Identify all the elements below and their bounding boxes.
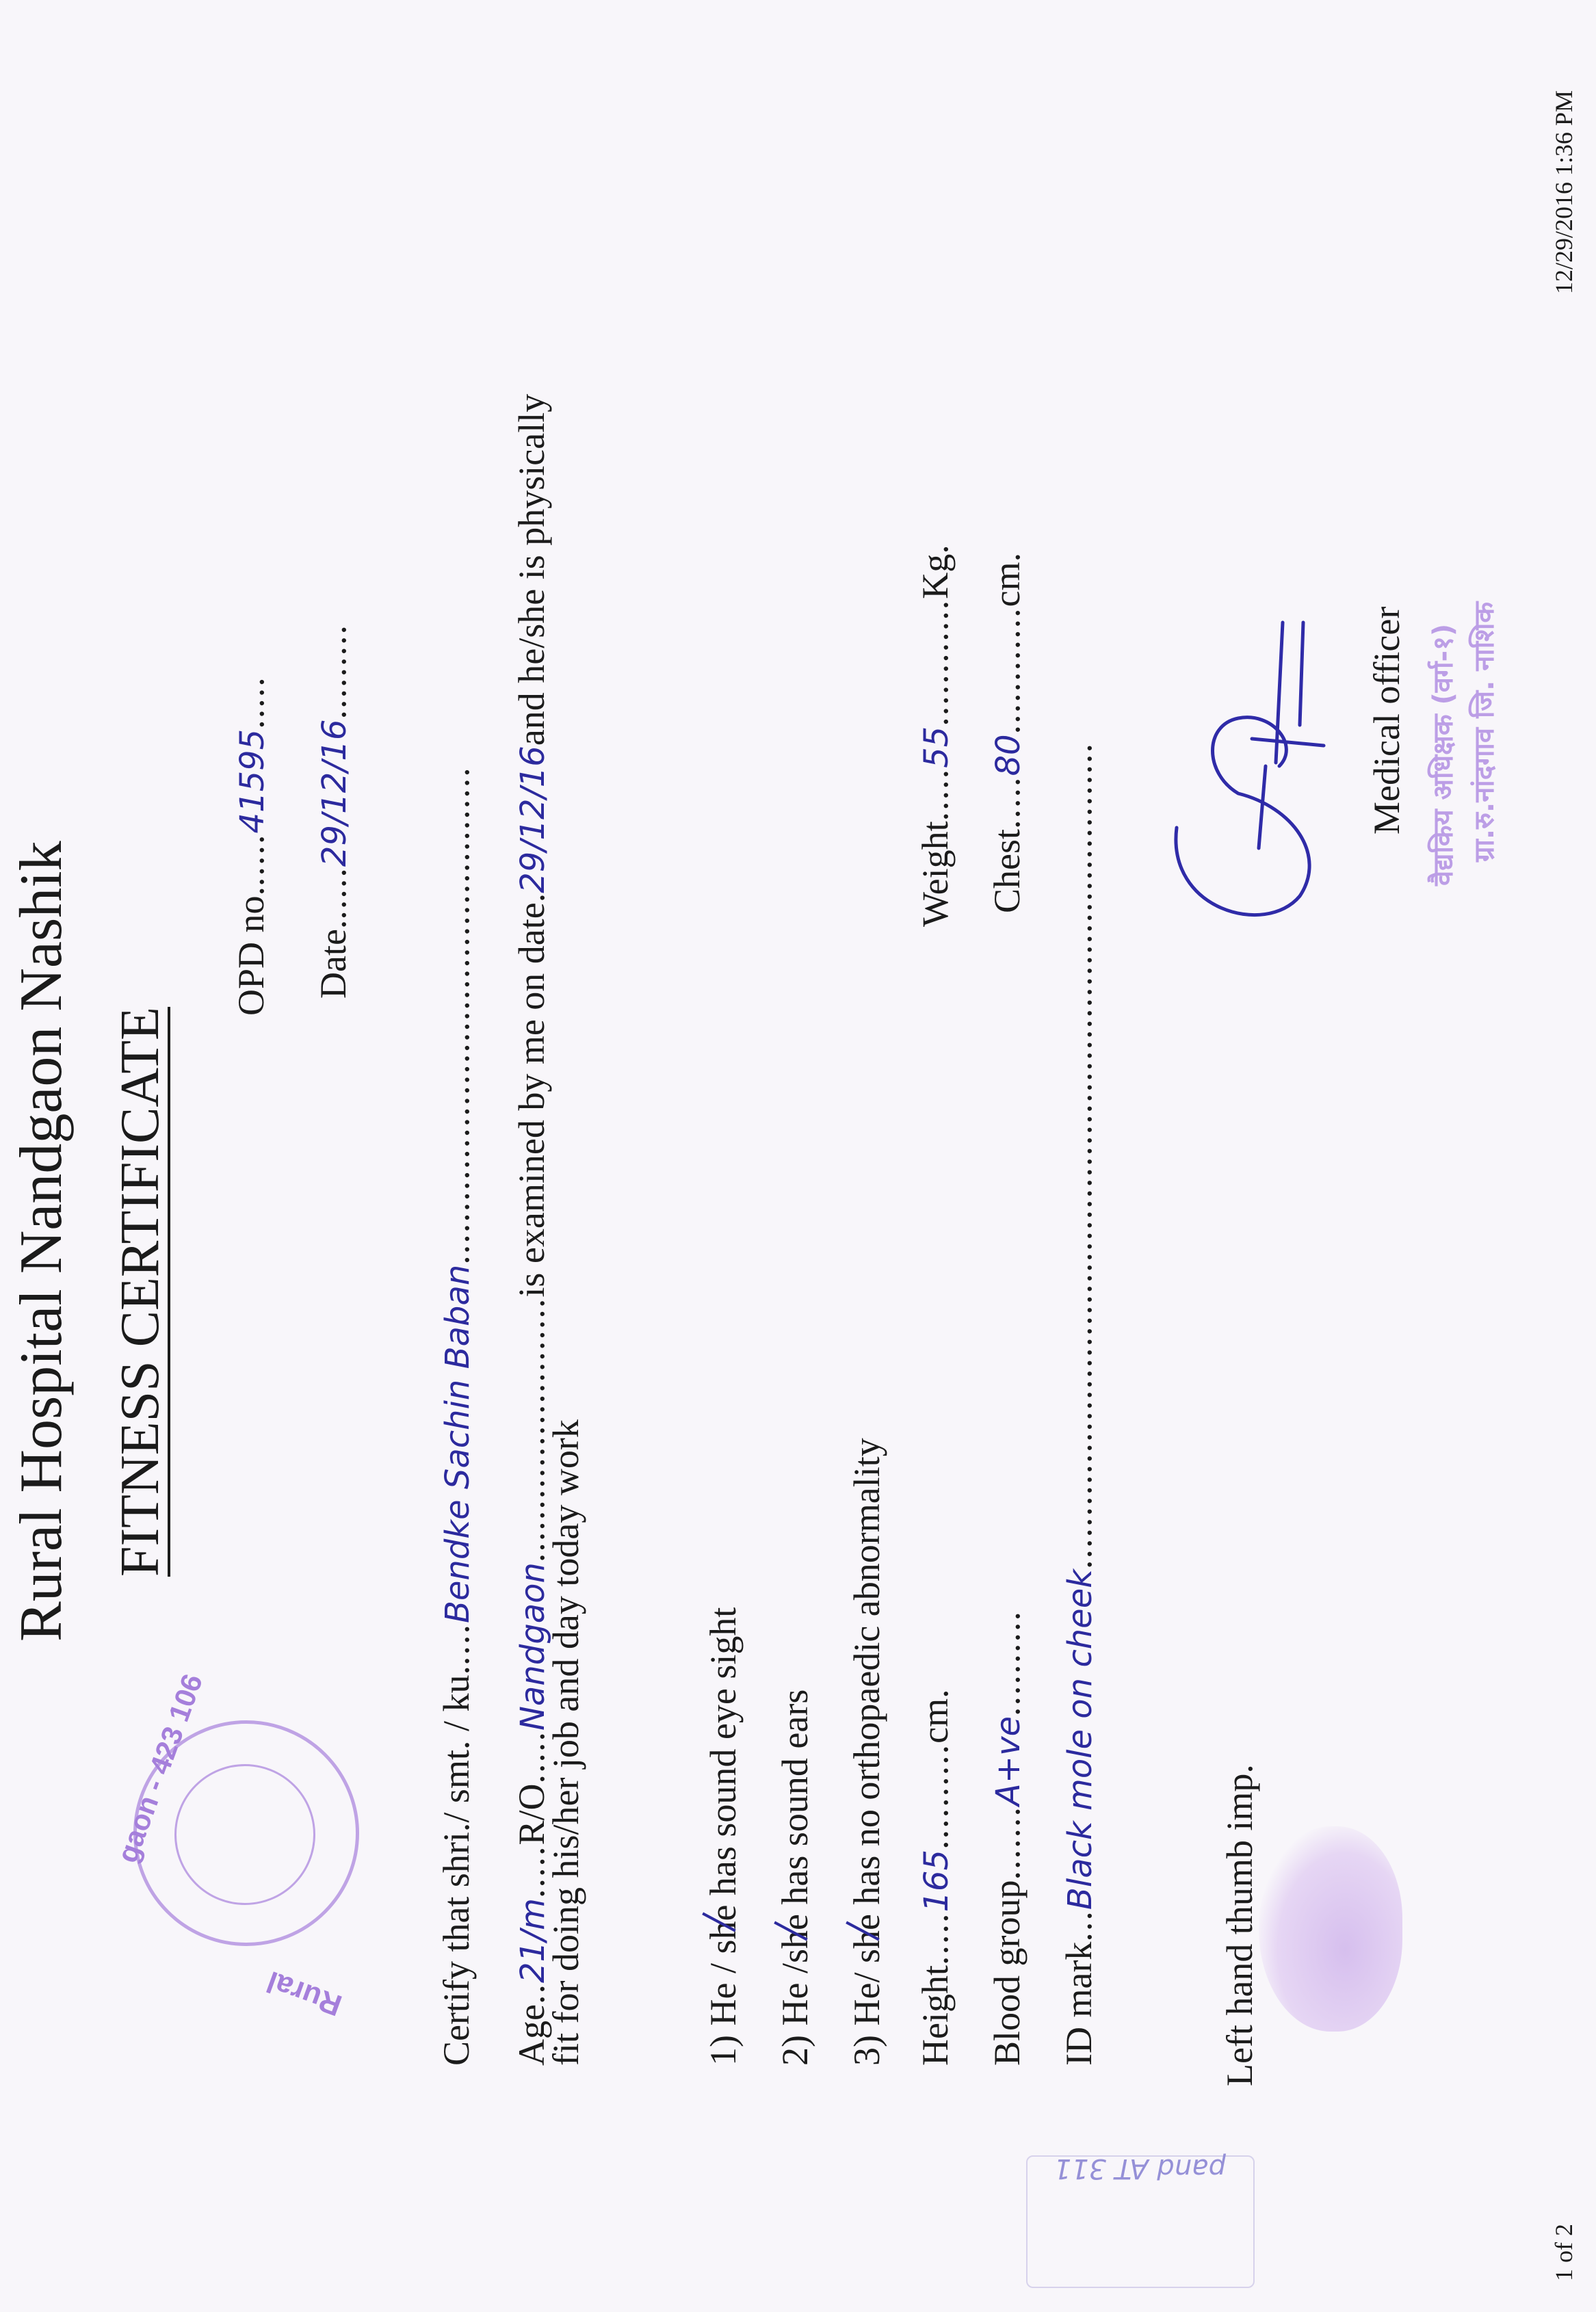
struck-pronoun: she xyxy=(703,1905,744,1954)
height-field: Height.....165..........cm. xyxy=(917,1689,954,2066)
patient-name: Bendke Sachin Baban xyxy=(439,1265,477,1623)
fit-line: fit for doing his/her job and day today … xyxy=(547,1419,584,2066)
opd-label: OPD no. xyxy=(231,886,272,1016)
margin-note-line-1: pand AT 311 xyxy=(1054,2153,1226,2184)
check-text: has sound ears xyxy=(774,1690,815,1914)
examined-date: 29/12/16 xyxy=(514,746,552,893)
blood-group-value: A+ve xyxy=(989,1716,1028,1806)
fitness-certificate-document: Rural Hospital Nandgaon Nashik FITNESS C… xyxy=(0,0,1596,2312)
weight-unit: Kg. xyxy=(915,544,956,599)
weight-field: Weight.....55............Kg. xyxy=(917,544,954,927)
date-field: Date......29/12/16......... xyxy=(315,624,352,999)
check-text: 1) He / xyxy=(703,1954,744,2066)
check-text: has no orthopaedic abnormality xyxy=(846,1438,887,1914)
chest-unit: cm. xyxy=(986,553,1028,607)
check-ears: 2) He /she has sound ears xyxy=(776,1690,813,2066)
age-line: Age..21/m.....R/O.....Nandgaon..........… xyxy=(513,394,550,2066)
medical-officer-label: Medical officer xyxy=(1368,607,1405,835)
thumb-impression-label: Left hand thumb imp. xyxy=(1221,1764,1258,2086)
certify-suffix: and he/she is physically xyxy=(511,394,552,746)
chest-value: 80 xyxy=(989,734,1028,776)
opd-field: OPD no......41595..... xyxy=(233,676,270,1016)
signature-mark xyxy=(1163,609,1368,951)
struck-pronoun: she xyxy=(774,1914,815,1963)
date-label: Date. xyxy=(313,920,354,999)
weight-label: Weight xyxy=(915,821,956,927)
check-text: 3) He/ xyxy=(846,1963,887,2066)
officer-stamp-line-2: ग्रा.रु.नांदगाव जि. नाशिक xyxy=(1464,602,1502,862)
chest-label: Chest xyxy=(986,829,1028,913)
id-mark-label: ID mark xyxy=(1058,1942,1099,2066)
opd-value: 41595 xyxy=(233,729,272,834)
certify-prefix: Certify that shri./ smt. / ku. xyxy=(436,1666,477,2066)
officer-stamp-line-1: वैद्यकिय अधिक्षक (वर्ग-१) xyxy=(1423,624,1461,886)
check-text: 2) He / xyxy=(774,1963,815,2066)
check-orthopaedic: 3) He/ she has no orthopaedic abnormalit… xyxy=(848,1438,885,2066)
certificate-title: FITNESS CERTIFICATE xyxy=(109,1007,172,1577)
chest-field: Chest.....80............cm. xyxy=(989,553,1025,913)
margin-note-box: pand AT 311 xyxy=(1026,2155,1255,2288)
print-timestamp: 12/29/2016 1:36 PM xyxy=(1549,90,1578,294)
blood-group-field: Blood group.......A+ve.......... xyxy=(989,1610,1025,2066)
hospital-stamp-inner xyxy=(174,1764,315,1905)
date-value: 29/12/16 xyxy=(315,719,354,867)
examined-text: is examined by me on date. xyxy=(511,893,552,1298)
hospital-stamp-text-2: Rural xyxy=(263,1964,347,2022)
weight-value: 55 xyxy=(917,726,956,768)
blood-group-label: Blood group xyxy=(986,1880,1028,2066)
thumb-impression xyxy=(1259,1826,1402,2032)
id-mark-value: Black mole on cheek xyxy=(1061,1569,1099,1910)
height-label: Height xyxy=(915,1965,956,2066)
struck-pronoun: she xyxy=(846,1914,887,1963)
check-text: has sound eye sight xyxy=(703,1607,744,1905)
page-number: 1 of 2 xyxy=(1549,2224,1578,2281)
hospital-name: Rural Hospital Nandgaon Nashik xyxy=(7,841,76,1642)
id-mark-field: ID mark...Black mole on cheek...........… xyxy=(1060,742,1097,2066)
height-unit: cm. xyxy=(915,1689,956,1743)
certify-line: Certify that shri./ smt. / ku.....Bendke… xyxy=(438,766,475,2066)
check-eye-sight: 1) He / she has sound eye sight xyxy=(705,1607,742,2066)
height-value: 165 xyxy=(917,1850,956,1913)
